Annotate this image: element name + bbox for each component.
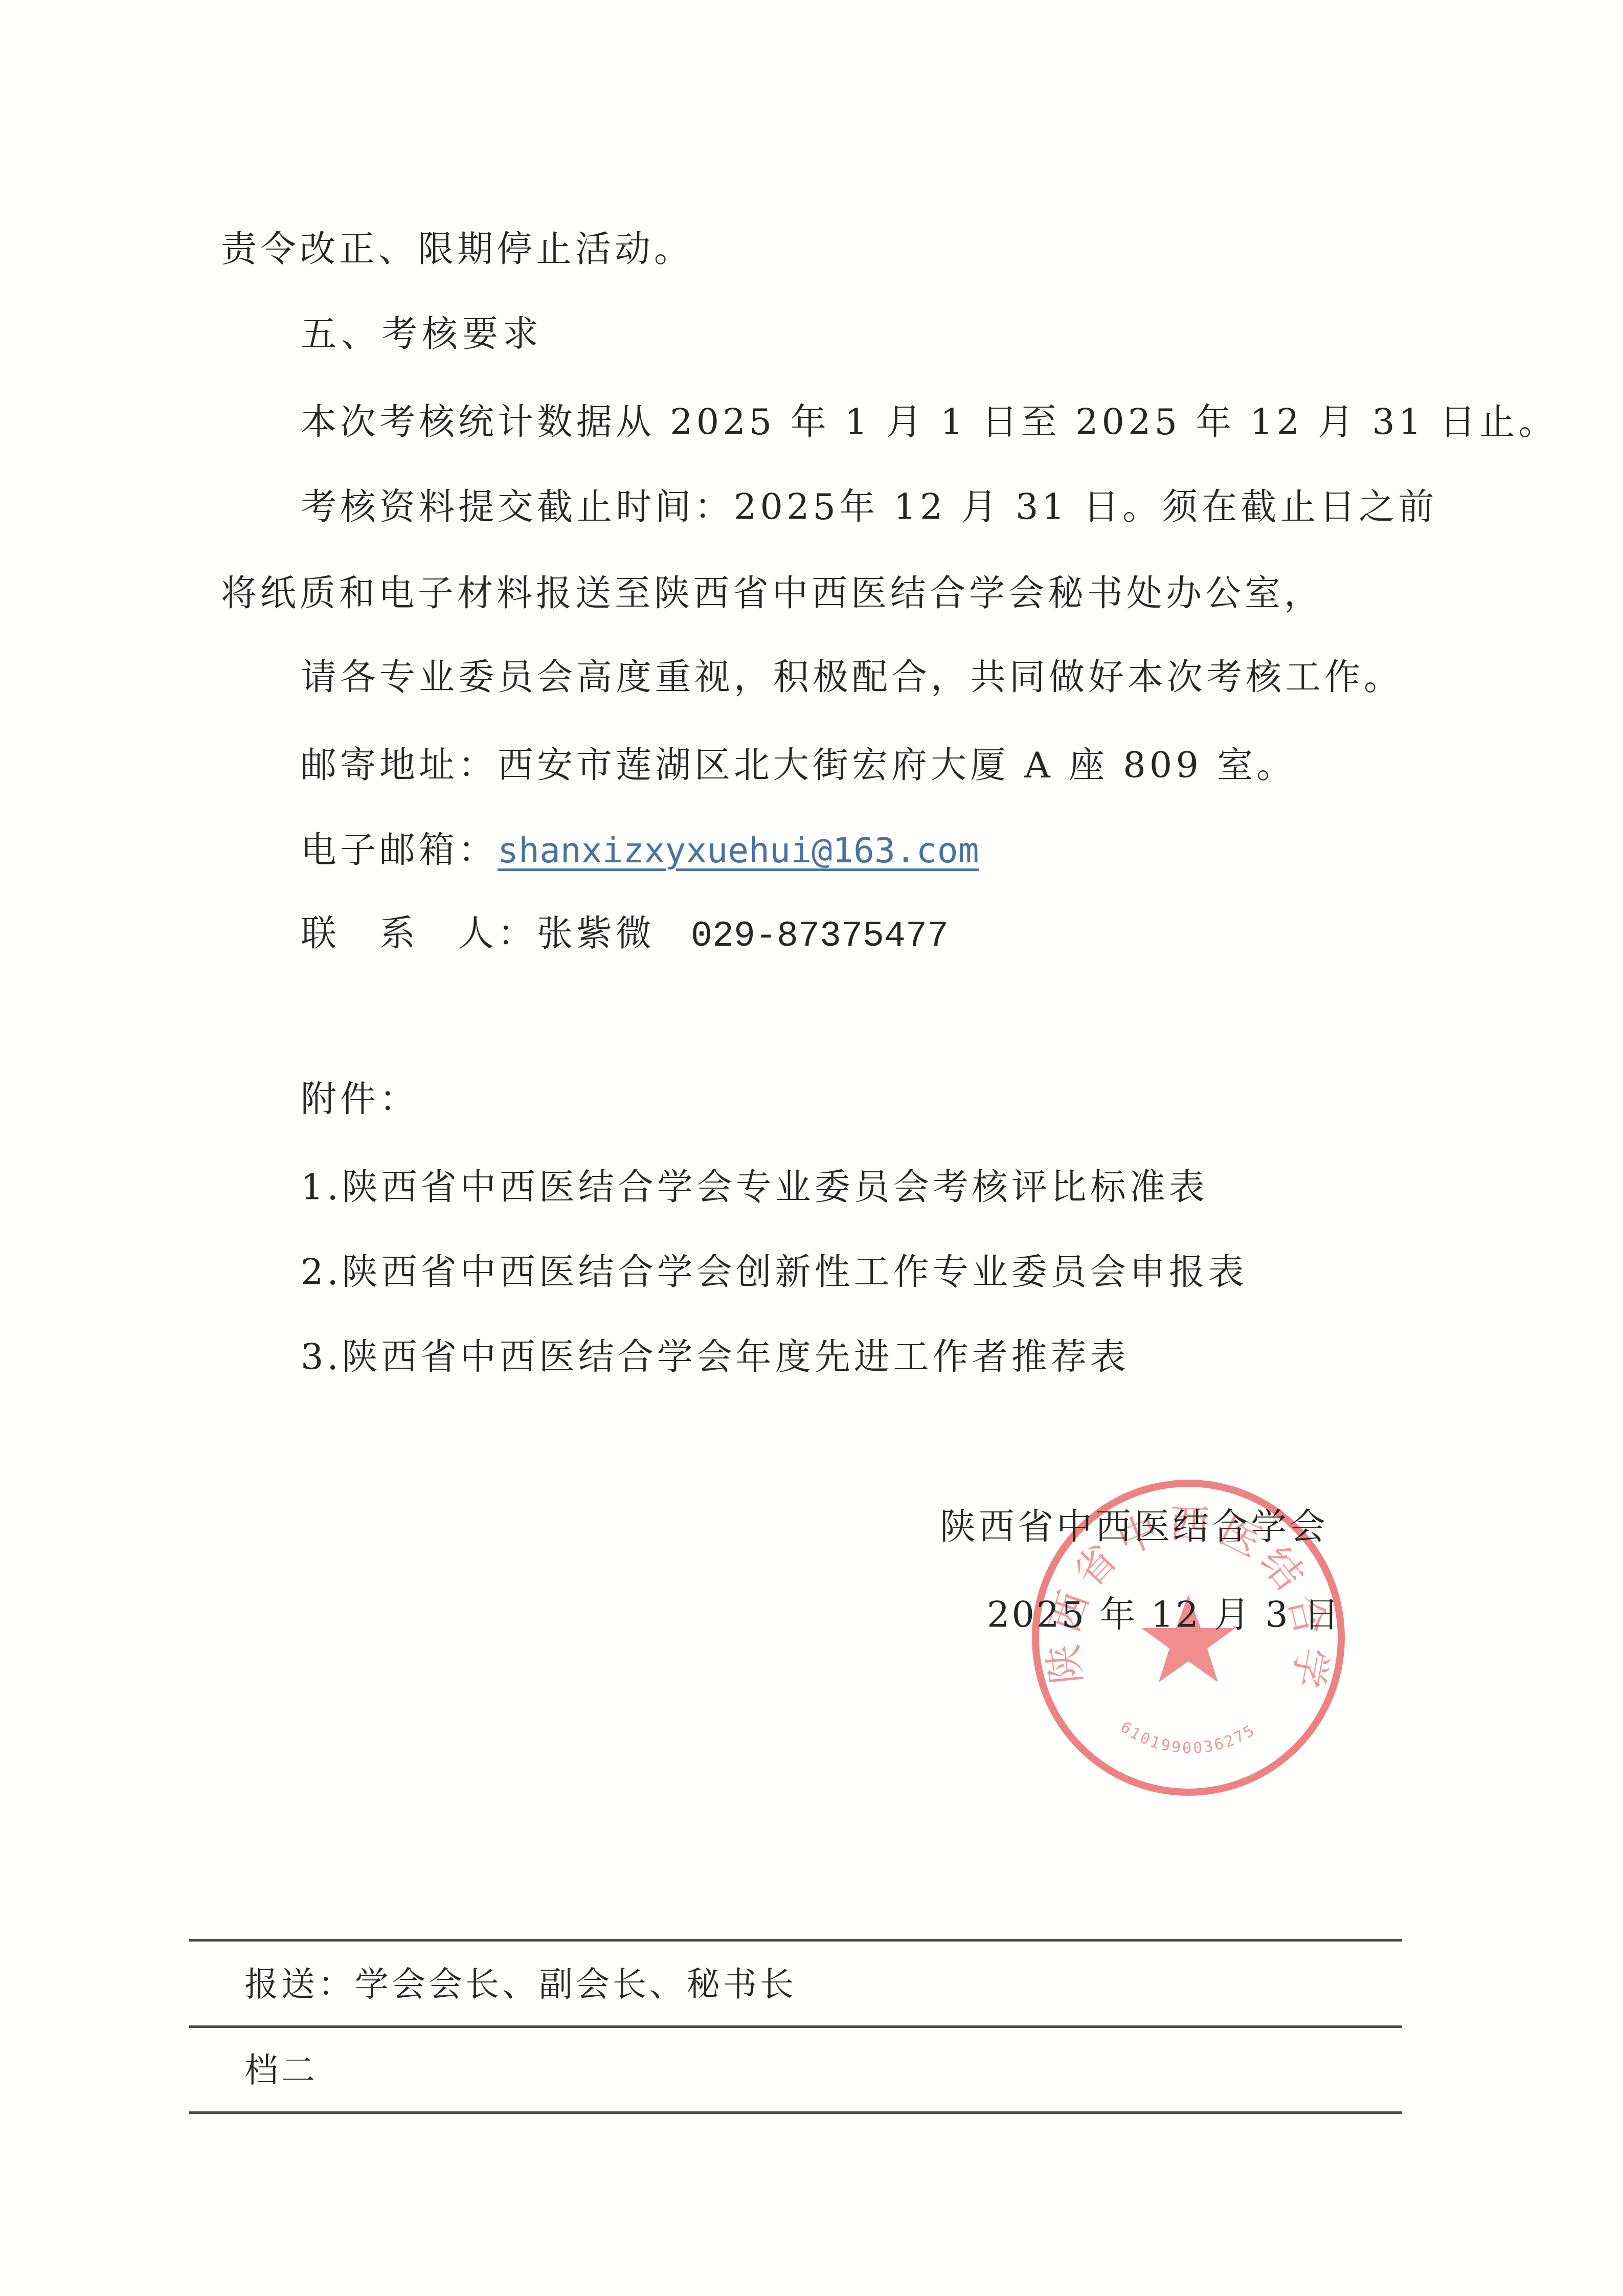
- signature-organization: 陕西省中西医结合学会: [940, 1504, 1328, 1550]
- document-page: 责令改正、限期停止活动。 五、考核要求 本次考核统计数据从 2025 年 1 月…: [0, 0, 1623, 2296]
- deadline-paragraph-line2: 将纸质和电子材料报送至陕西省中西医结合学会秘书处办公室，: [221, 570, 1323, 616]
- email-label: 电子邮箱：: [301, 829, 498, 871]
- divider-rule-middle: [189, 2025, 1402, 2028]
- attachment-item-2: 2.陕西省中西医结合学会创新性工作专业委员会申报表: [301, 1249, 1248, 1295]
- divider-rule-bottom: [189, 2111, 1402, 2114]
- attachments-label: 附件：: [301, 1076, 419, 1122]
- seal-serial: 6101990036275: [1117, 1718, 1259, 1757]
- attachment-item-1: 1.陕西省中西医结合学会专业委员会考核评比标准表: [301, 1164, 1208, 1210]
- deadline-paragraph-line1: 考核资料提交截止时间：2025年 12 月 31 日。须在截止日之前: [301, 484, 1437, 530]
- archive-line: 档二: [244, 2050, 318, 2091]
- divider-rule-top: [189, 1939, 1402, 1942]
- body-continuation-line: 责令改正、限期停止活动。: [221, 226, 693, 272]
- attachment-item-3: 3.陕西省中西医结合学会年度先进工作者推荐表: [301, 1334, 1130, 1380]
- contact-phone: 029-87375477: [691, 917, 949, 957]
- email-line: 电子邮箱：shanxizxyxuehui@163.com: [301, 827, 979, 874]
- signature-date: 2025 年 12 月 3 日: [987, 1592, 1341, 1638]
- copy-to-line: 报送：学会会长、副会长、秘书长: [244, 1964, 797, 2005]
- contact-line: 联 系 人：张紫微029-87375477: [301, 910, 949, 960]
- address-value: 西安市莲湖区北大街宏府大厦 A 座 809 室。: [498, 744, 1296, 786]
- contact-name: 张紫微: [537, 912, 655, 954]
- section-heading: 五、考核要求: [301, 311, 543, 357]
- stats-period-paragraph: 本次考核统计数据从 2025 年 1 月 1 日至 2025 年 12 月 31…: [301, 399, 1558, 445]
- address-line: 邮寄地址：西安市莲湖区北大街宏府大厦 A 座 809 室。: [301, 742, 1296, 788]
- svg-text:6101990036275: 6101990036275: [1117, 1718, 1259, 1757]
- address-label: 邮寄地址：: [301, 744, 498, 786]
- email-link[interactable]: shanxizxyxuehui@163.com: [498, 831, 979, 871]
- contact-label: 联 系 人：: [301, 912, 537, 954]
- request-paragraph: 请各专业委员会高度重视，积极配合，共同做好本次考核工作。: [301, 654, 1403, 700]
